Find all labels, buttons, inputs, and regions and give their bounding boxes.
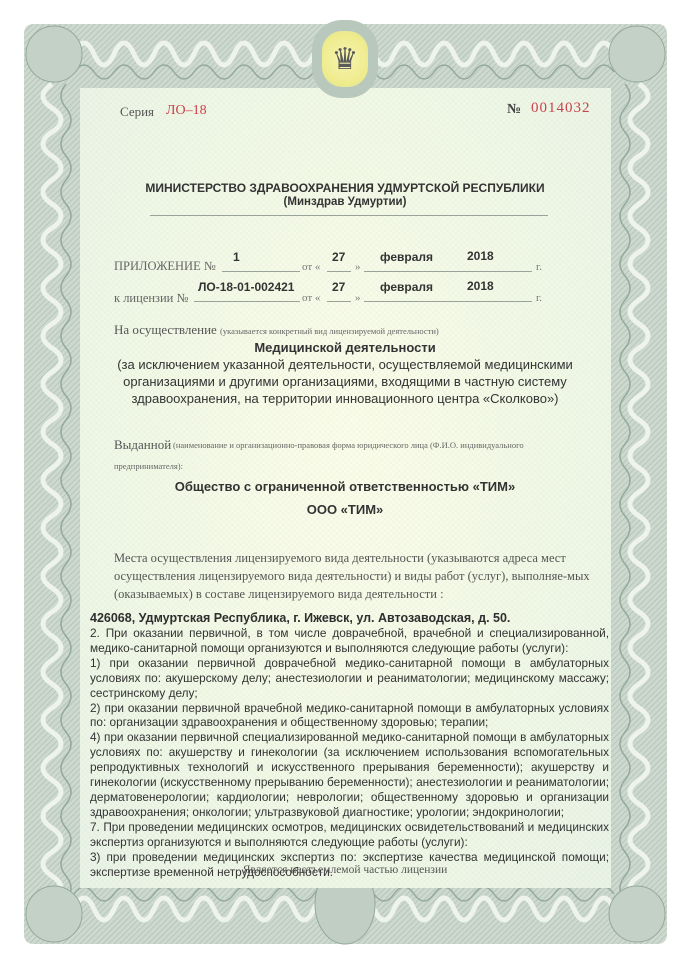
issued-label: Выданной <box>114 437 171 453</box>
annex-number: 1 <box>233 250 240 264</box>
license-month: февраля <box>380 280 433 294</box>
organization-short-name: ООО «ТИМ» <box>100 502 590 517</box>
activity-description: (за исключением указанной деятельности, … <box>100 356 590 407</box>
annex-month: февраля <box>380 250 433 264</box>
annex-year: 2018 <box>467 249 494 263</box>
license-label: к лицензии № <box>114 291 188 306</box>
annex-quote-close: » <box>355 261 361 273</box>
series-label: Серия <box>120 104 154 120</box>
license-from-label: от « <box>302 292 320 304</box>
number-value: 0014032 <box>531 100 591 117</box>
license-number-line <box>194 301 300 302</box>
emblem: ♛ <box>312 20 378 98</box>
works-item: 7. При проведении медицинских осмотров, … <box>90 820 609 850</box>
ministry-short-name: (Минздрав Удмуртии) <box>100 196 590 208</box>
ministry-underline <box>150 215 548 216</box>
license-date-line <box>364 301 532 302</box>
annex-date-line <box>364 271 532 272</box>
annex-year-suffix: г. <box>536 261 542 273</box>
license-number: ЛО-18-01-002421 <box>198 280 294 294</box>
activity-title: Медицинской деятельности <box>100 340 590 355</box>
annex-day-line <box>327 271 351 272</box>
works-list: 2. При оказании первичной, в том числе д… <box>90 626 609 879</box>
license-quote-close: » <box>355 292 361 304</box>
annex-from-label: от « <box>302 261 320 273</box>
works-item: 2. При оказании первичной, в том числе д… <box>90 626 609 656</box>
issued-hint-continued: предпринимателя): <box>114 461 183 471</box>
works-item: 2) при оказании первичной врачебной меди… <box>90 701 609 731</box>
license-year-suffix: г. <box>536 292 542 304</box>
places-description: Места осуществления лицензируемого вида … <box>114 549 594 603</box>
license-day-line <box>327 301 351 302</box>
license-day: 27 <box>332 280 345 294</box>
series-value: ЛО–18 <box>166 103 207 119</box>
works-item: 1) при оказании первичной доврачебной ме… <box>90 656 609 701</box>
annex-number-line <box>222 271 300 272</box>
activity-address: 426068, Удмуртская Республика, г. Ижевск… <box>90 611 510 625</box>
issued-hint: (наименование и организационно-правовая … <box>173 440 583 450</box>
activity-hint: (указывается конкретный вид лицензируемо… <box>220 326 439 336</box>
double-headed-eagle-icon: ♛ <box>322 31 368 87</box>
activity-label: На осуществление <box>114 322 217 338</box>
footer-note: Является неотъемлемой частью лицензии <box>100 864 590 876</box>
annex-day: 27 <box>332 250 345 264</box>
ministry-name: МИНИСТЕРСТВО ЗДРАВООХРАНЕНИЯ УДМУРТСКОЙ … <box>100 181 590 195</box>
organization-full-name: Общество с ограниченной ответственностью… <box>100 479 590 494</box>
license-year: 2018 <box>467 279 494 293</box>
works-item: 4) при оказании первичной специализирова… <box>90 730 609 819</box>
number-label: № <box>507 102 521 118</box>
annex-label: ПРИЛОЖЕНИЕ № <box>114 259 216 274</box>
